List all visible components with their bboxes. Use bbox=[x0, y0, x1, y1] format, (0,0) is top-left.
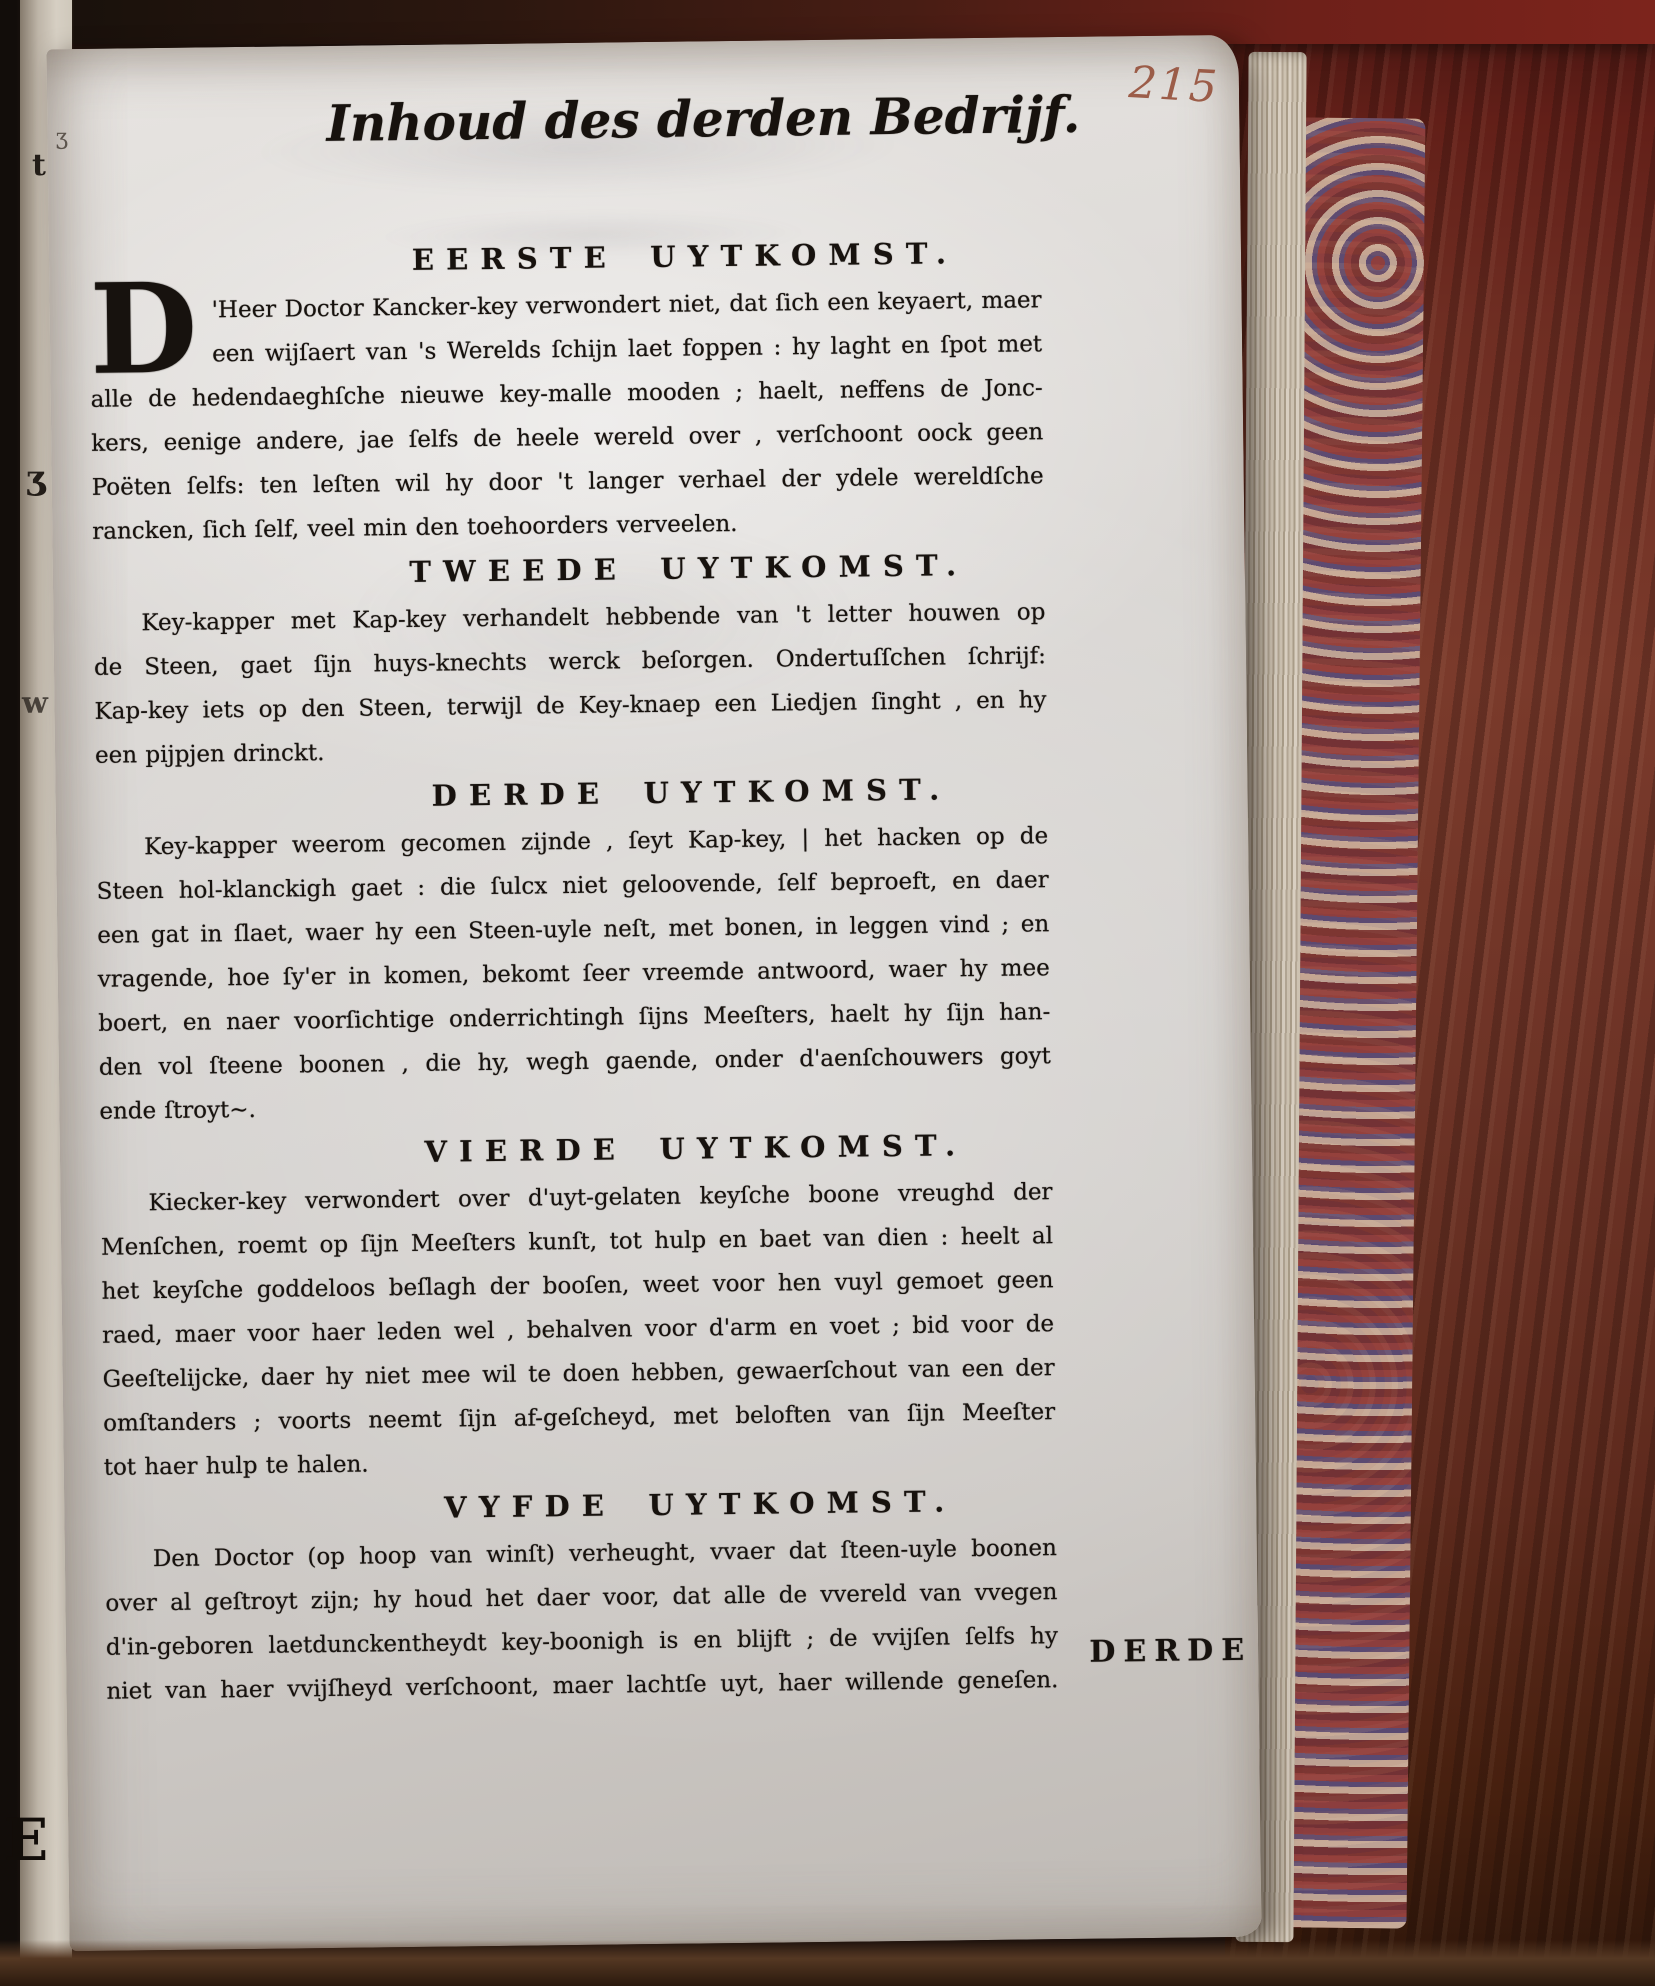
book-photograph: tl ʒ w E 215 ʒ Inhoud des derden Bedrijf… bbox=[0, 0, 1655, 1986]
book-page: 215 ʒ Inhoud des derden Bedrijf. EERSTE … bbox=[46, 35, 1261, 1951]
section: TWEEDE UYTKOMST.Key-kapper met Kap-key v… bbox=[93, 548, 1048, 778]
paragraph: Key-kapper weerom gecomen zijnde , ſeyt … bbox=[96, 814, 1052, 1134]
section: VIERDE UYTKOMST.Kiecker-key verwondert o… bbox=[100, 1128, 1056, 1490]
sections: EERSTE UYTKOMST.D'Heer Doctor Kancker-ke… bbox=[86, 37, 1058, 1714]
paragraph: Den Doctor (op hoop van winſt) verheught… bbox=[105, 1526, 1059, 1714]
facing-page-text-fragment: w bbox=[22, 686, 48, 721]
paragraph: Key-kapper met Kap-key verhandelt hebben… bbox=[93, 590, 1047, 778]
section-heading: TWEEDE UYTKOMST. bbox=[213, 547, 1165, 591]
paragraph: D'Heer Doctor Kancker-key verwondert nie… bbox=[89, 278, 1044, 554]
section-heading: VIERDE UYTKOMST. bbox=[220, 1127, 1172, 1171]
signature-mark: ʒ bbox=[55, 125, 68, 150]
book-bottom-shadow bbox=[0, 1940, 1655, 1986]
facing-page-text-fragment: ʒ bbox=[26, 458, 45, 498]
section-heading: EERSTE UYTKOMST. bbox=[209, 235, 1161, 279]
section: DERDE UYTKOMST.Key-kapper weerom gecomen… bbox=[95, 772, 1051, 1134]
paragraph: Kiecker-key verwondert over d'uyt-gelate… bbox=[100, 1170, 1056, 1490]
section: VYFDE UYTKOMST.Den Doctor (op hoop van w… bbox=[104, 1484, 1059, 1714]
catchword: DERDE bbox=[1089, 1633, 1252, 1670]
section-heading: VYFDE UYTKOMST. bbox=[224, 1483, 1176, 1527]
book-cover-top-edge bbox=[0, 0, 1655, 44]
section-heading: DERDE UYTKOMST. bbox=[215, 771, 1167, 815]
facing-page-text-fragment: E bbox=[4, 1806, 48, 1874]
section: EERSTE UYTKOMST.D'Heer Doctor Kancker-ke… bbox=[89, 236, 1045, 554]
drop-cap: D bbox=[89, 288, 202, 377]
